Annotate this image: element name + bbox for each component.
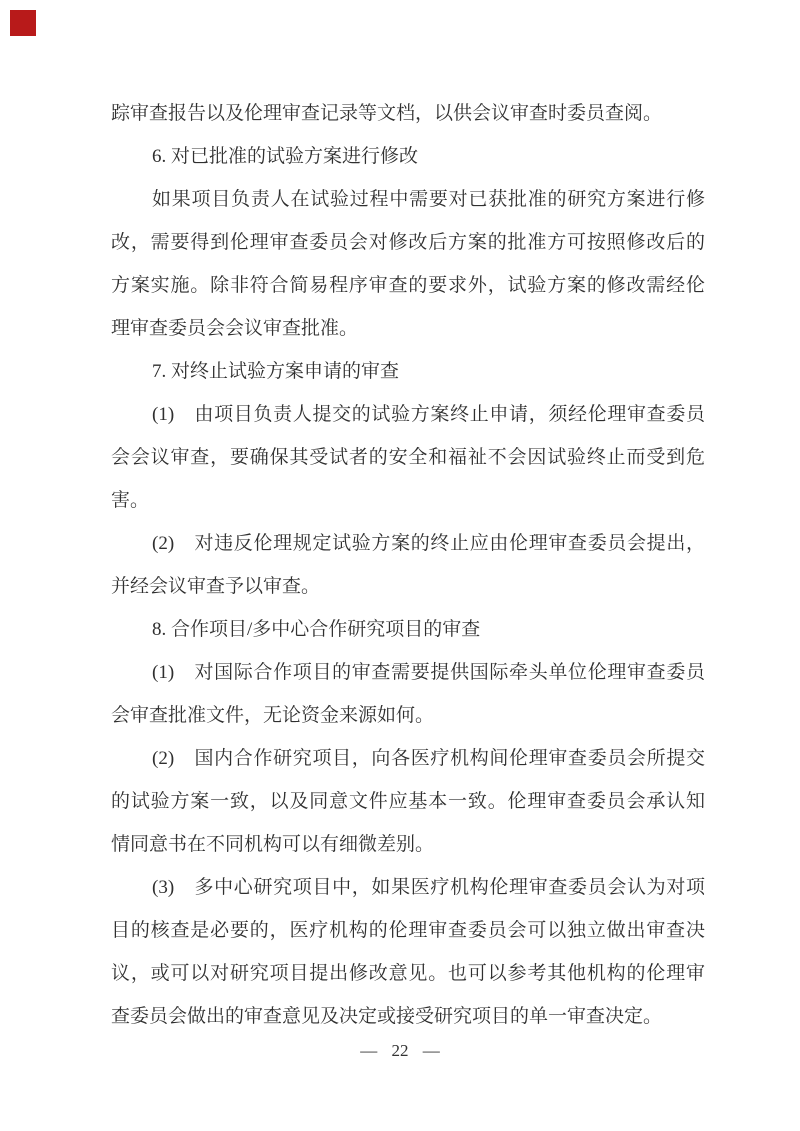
text-line: 害。 — [111, 479, 705, 522]
text-line: 目的核查是必要的，医疗机构的伦理审查委员会可以独立做出审查决 — [111, 909, 705, 952]
text-line: 的试验方案一致，以及同意文件应基本一致。伦理审查委员会承认知 — [111, 780, 705, 823]
text-line: 理审查委员会会议审查批准。 — [111, 307, 705, 350]
text-line: 方案实施。除非符合简易程序审查的要求外，试验方案的修改需经伦 — [111, 264, 705, 307]
page-number: — 22 — — [0, 1036, 800, 1066]
text-line: 7. 对终止试验方案申请的审查 — [111, 350, 705, 393]
text-line: 踪审查报告以及伦理审查记录等文档，以供会议审查时委员查阅。 — [111, 92, 705, 135]
text-line: (2) 对违反伦理规定试验方案的终止应由伦理审查委员会提出， — [111, 522, 705, 565]
text-line: (1) 由项目负责人提交的试验方案终止申请，须经伦理审查委员 — [111, 393, 705, 436]
document-page: 踪审查报告以及伦理审查记录等文档，以供会议审查时委员查阅。6. 对已批准的试验方… — [0, 0, 800, 1131]
text-line: 6. 对已批准的试验方案进行修改 — [111, 135, 705, 178]
corner-marker — [10, 10, 36, 36]
text-line: 情同意书在不同机构可以有细微差别。 — [111, 823, 705, 866]
text-line: 并经会议审查予以审查。 — [111, 565, 705, 608]
text-line: 会审查批准文件，无论资金来源如何。 — [111, 694, 705, 737]
text-line: 如果项目负责人在试验过程中需要对已获批准的研究方案进行修 — [111, 178, 705, 221]
text-line: 改，需要得到伦理审查委员会对修改后方案的批准方可按照修改后的 — [111, 221, 705, 264]
text-line: 会会议审查，要确保其受试者的安全和福祉不会因试验终止而受到危 — [111, 436, 705, 479]
text-line: 议，或可以对研究项目提出修改意见。也可以参考其他机构的伦理审 — [111, 952, 705, 995]
text-line: 查委员会做出的审查意见及决定或接受研究项目的单一审查决定。 — [111, 995, 705, 1038]
text-line: (3) 多中心研究项目中，如果医疗机构伦理审查委员会认为对项 — [111, 866, 705, 909]
text-line: (1) 对国际合作项目的审查需要提供国际牵头单位伦理审查委员 — [111, 651, 705, 694]
text-line: (2) 国内合作研究项目，向各医疗机构间伦理审查委员会所提交 — [111, 737, 705, 780]
text-line: 8. 合作项目/多中心合作研究项目的审查 — [111, 608, 705, 651]
text-lines: 踪审查报告以及伦理审查记录等文档，以供会议审查时委员查阅。6. 对已批准的试验方… — [111, 92, 705, 1038]
